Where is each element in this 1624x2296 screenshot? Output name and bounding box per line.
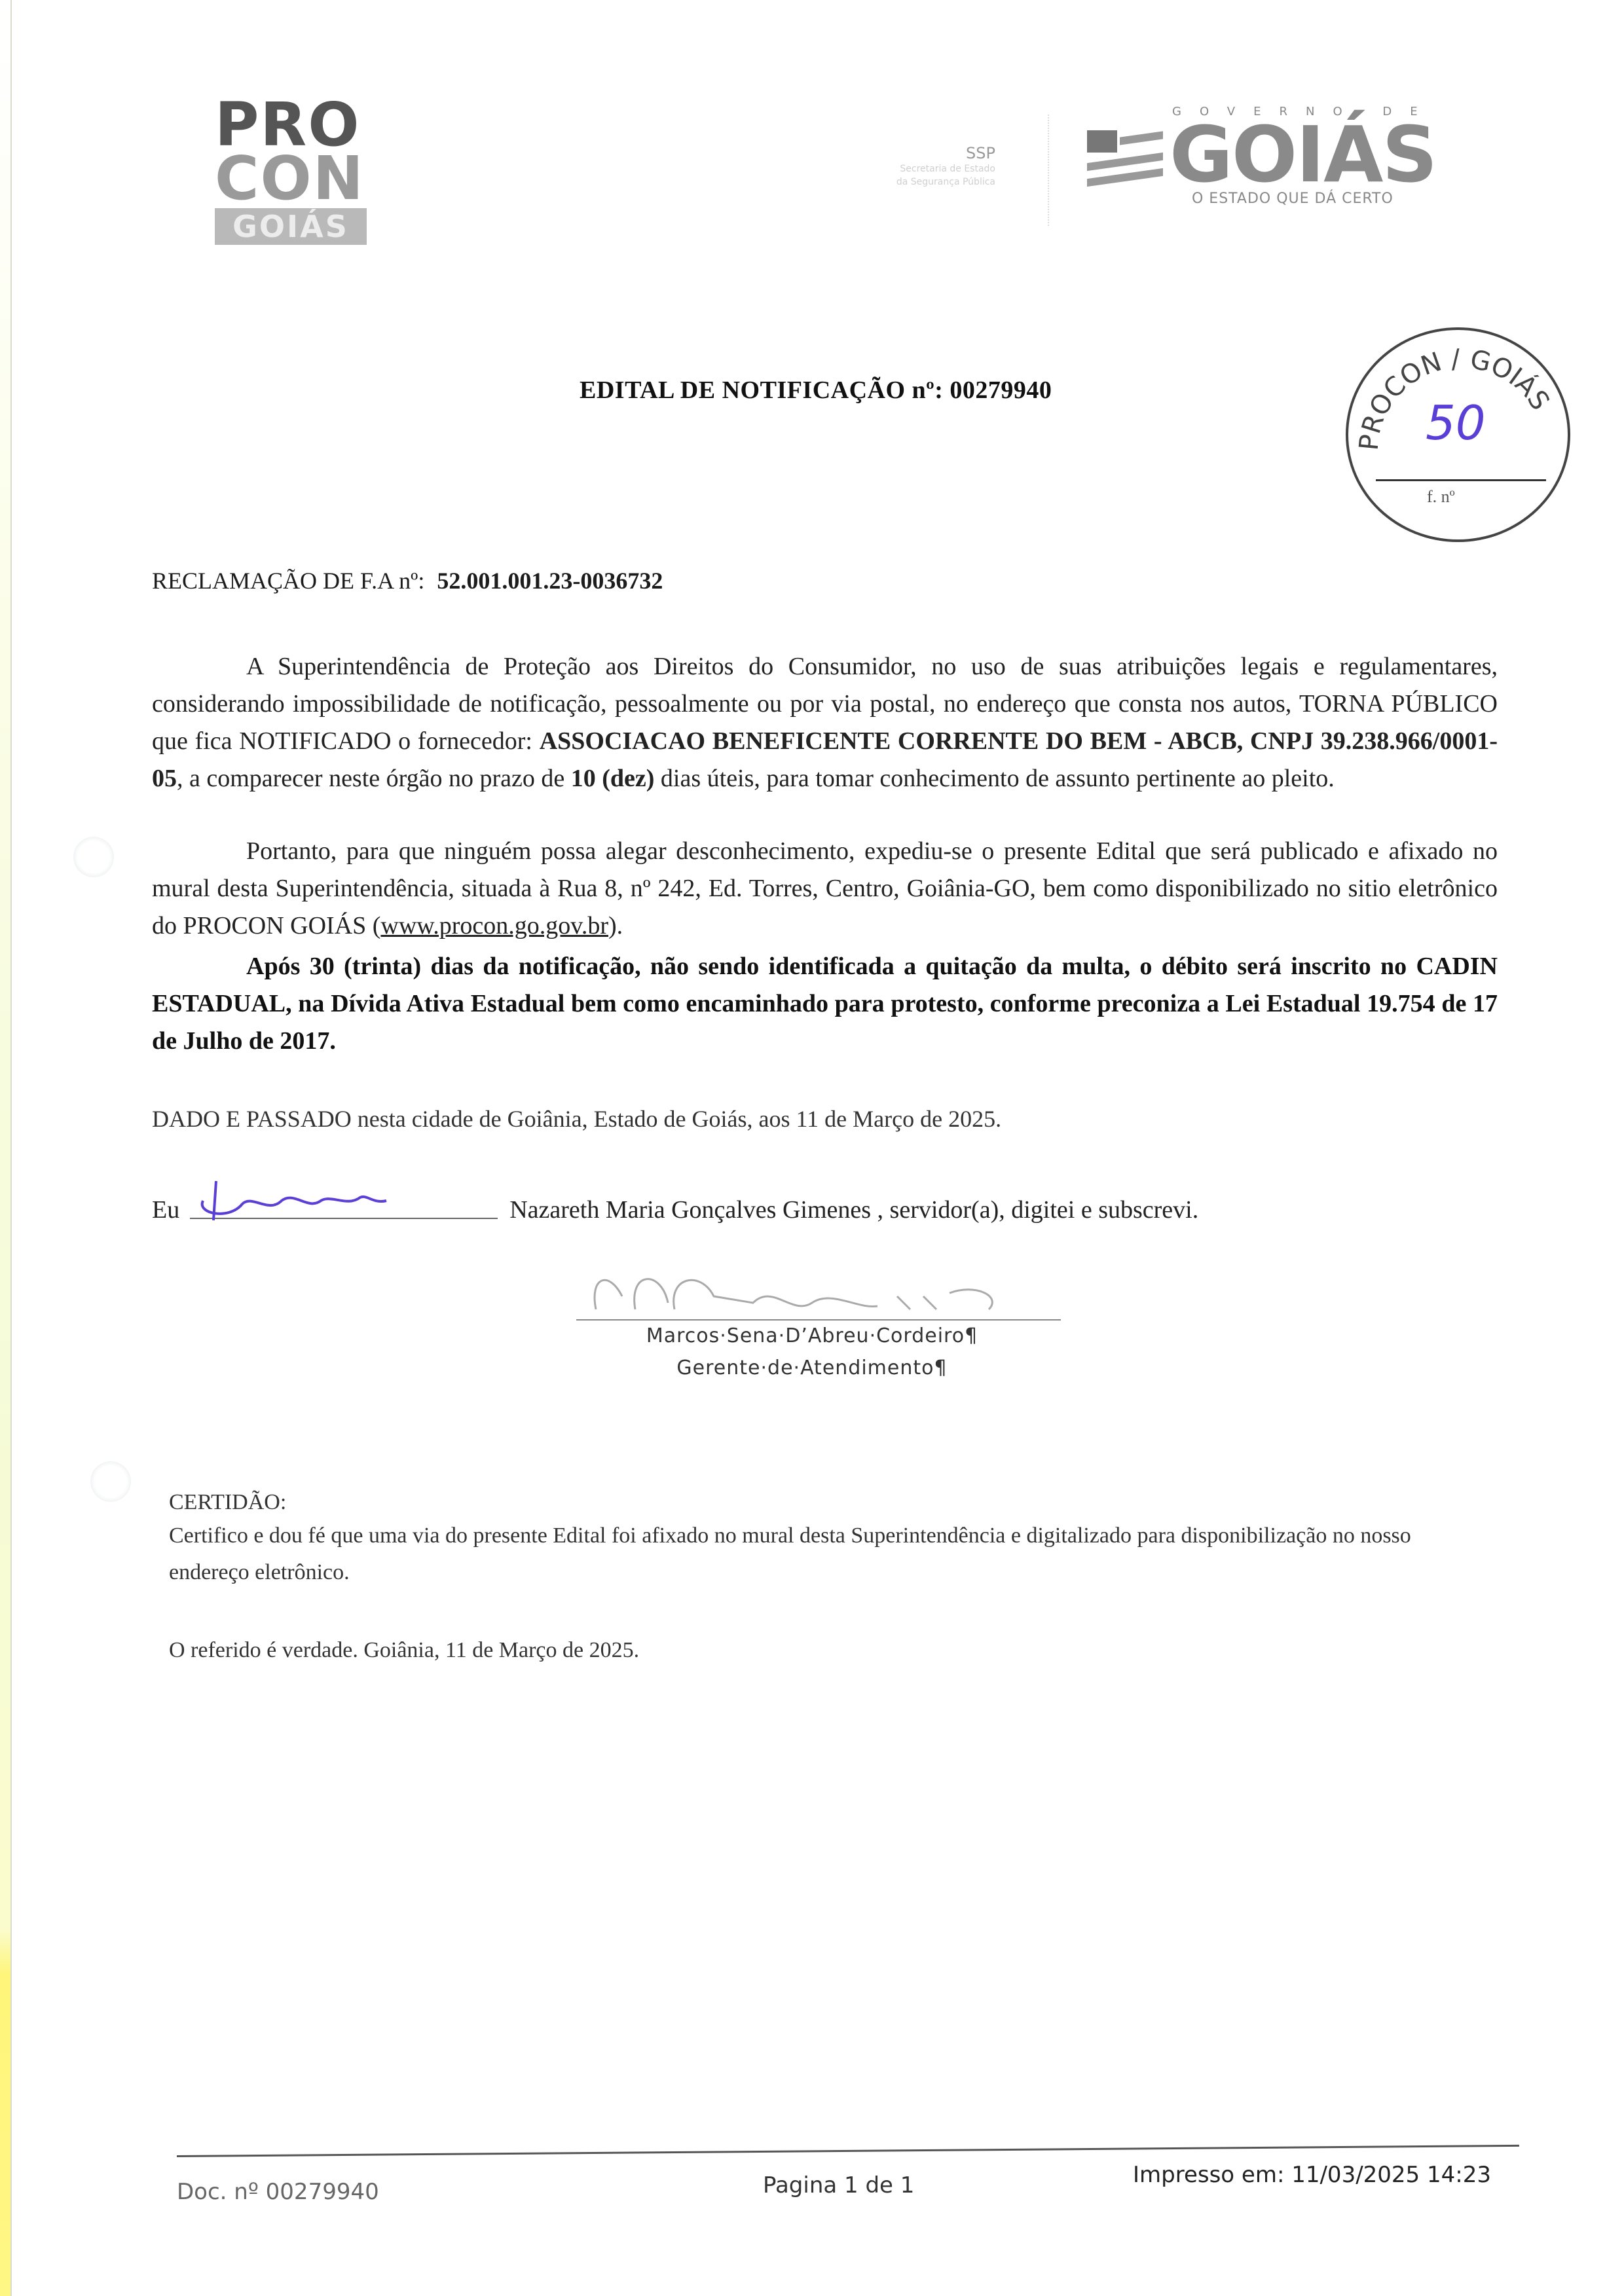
reclamacao-line: RECLAMAÇÃO DE F.A nº: 52.001.001.23-0036…	[152, 567, 663, 594]
ssp-logo: SSP Secretaria de Estado da Segurança Pú…	[864, 144, 995, 189]
procon-stamp: PROCON / GOIÁS 50 f. nº	[1346, 327, 1570, 542]
footer-rule	[177, 2145, 1519, 2157]
paragraph2-text-b: ).	[608, 912, 623, 939]
stamp-handwritten-number: 50	[1426, 395, 1486, 450]
paragraph1-text-b: , a comparecer neste órgão no prazo de	[177, 765, 571, 792]
subscriber-text: Nazareth Maria Gonçalves Gimenes , servi…	[509, 1195, 1198, 1224]
signatory-role: Gerente·de·Atendimento¶	[563, 1357, 1061, 1379]
goias-flag-icon	[1087, 125, 1166, 184]
paragraph1-text-c: dias úteis, para tomar conhecimento de a…	[654, 765, 1334, 792]
header-divider	[1048, 115, 1049, 226]
paragraph-notification: A Superintendência de Proteção aos Direi…	[152, 648, 1498, 797]
stamp-bottom-text: f. nº	[1427, 487, 1455, 507]
paragraph-cadin-warning: Após 30 (trinta) dias da notificação, nã…	[152, 948, 1498, 1060]
paragraph2-text-a: Portanto, para que ninguém possa alegar …	[152, 837, 1498, 939]
reclamacao-label: RECLAMAÇÃO DE F.A nº:	[152, 568, 424, 594]
punch-hole-top	[73, 837, 114, 877]
punch-hole-bottom	[90, 1461, 131, 1502]
reclamacao-number: 52.001.001.23-0036732	[437, 568, 663, 594]
footer-printed-at: Impresso em: 11/03/2025 14:23	[1133, 2162, 1491, 2188]
procon-logo-line3: GOIÁS	[215, 208, 367, 245]
deadline: 10 (dez)	[571, 765, 655, 792]
signatory-name: Marcos·Sena·D’Abreu·Cordeiro¶	[563, 1324, 1061, 1347]
procon-goias-logo: PRO CON GOIÁS	[215, 98, 372, 245]
signature-rule	[576, 1319, 1061, 1321]
ssp-line1: Secretaria de Estado	[864, 162, 995, 175]
footer-page-number: Pagina 1 de 1	[763, 2172, 914, 2198]
certidao-heading: CERTIDÃO:	[169, 1490, 286, 1515]
page-edge	[0, 0, 12, 2296]
document-title: EDITAL DE NOTIFICAÇÃO nº: 00279940	[580, 376, 1052, 405]
ssp-acronym: SSP	[864, 144, 995, 162]
certidao-closing: O referido é verdade. Goiânia, 11 de Mar…	[169, 1638, 639, 1663]
stamp-divider	[1376, 479, 1546, 481]
goias-logo-name: GOIÁS	[1170, 118, 1436, 191]
subscriber-prefix: Eu	[152, 1195, 179, 1224]
dado-passado-line: DADO E PASSADO nesta cidade de Goiânia, …	[152, 1105, 1001, 1133]
signatory-block: Marcos·Sena·D’Abreu·Cordeiro¶ Gerente·de…	[563, 1257, 1061, 1379]
manager-signature	[563, 1257, 1061, 1319]
procon-logo-line2: CON	[215, 152, 372, 206]
paragraph3-text: Após 30 (trinta) dias da notificação, nã…	[152, 953, 1498, 1055]
subscriber-signature	[190, 1185, 498, 1219]
paragraph-publication: Portanto, para que ninguém possa alegar …	[152, 833, 1498, 945]
ssp-line2: da Segurança Pública	[864, 175, 995, 189]
certidao-text: Certifico e dou fé que uma via do presen…	[169, 1518, 1413, 1591]
procon-website-link[interactable]: www.procon.go.gov.br	[380, 912, 608, 939]
footer-doc-number: Doc. nº 00279940	[177, 2179, 379, 2205]
subscriber-line: Eu Nazareth Maria Gonçalves Gimenes , se…	[152, 1185, 1198, 1224]
governo-goias-logo: GOVERNO DE GOIÁS O ESTADO QUE DÁ CERTO	[1087, 105, 1454, 207]
